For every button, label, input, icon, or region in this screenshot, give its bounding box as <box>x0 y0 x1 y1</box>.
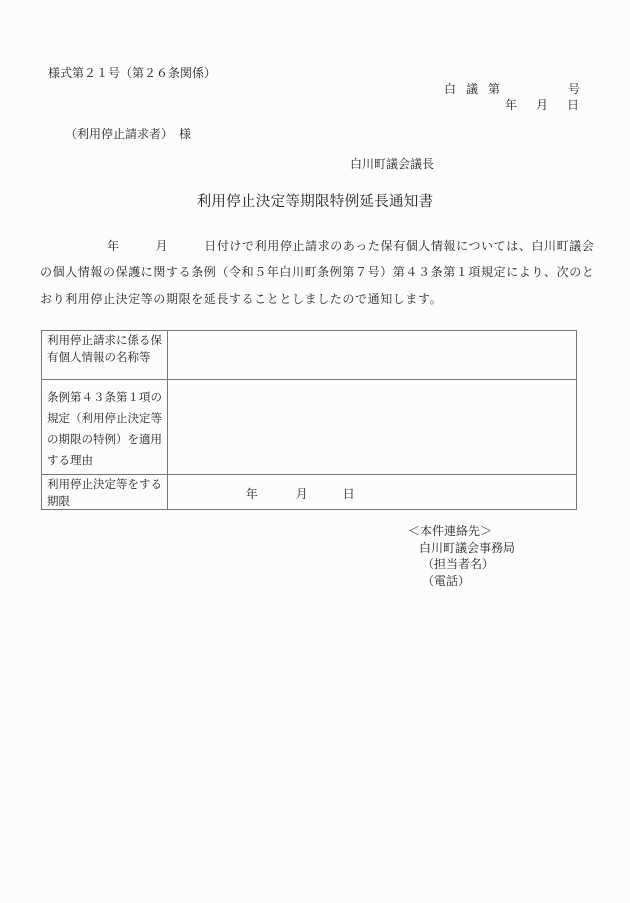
doc-number-suffix: 号 <box>568 80 580 97</box>
doc-number-char: 第 <box>488 80 568 97</box>
contact-block: ＜本件連絡先＞ 白川町議会事務局 （担当者名） （電話） <box>408 523 515 589</box>
contact-phone: （電話） <box>408 573 515 590</box>
issue-date-month: 月 <box>536 96 567 113</box>
body-month: 月 <box>156 239 169 253</box>
contact-heading: ＜本件連絡先＞ <box>408 523 515 540</box>
document-title: 利用停止決定等期限特例延長通知書 <box>0 190 630 211</box>
table-row: 利用停止決定等をする期限 年月日 <box>42 475 577 510</box>
contact-office: 白川町議会事務局 <box>408 540 515 557</box>
document-number: 白議第号 <box>444 80 580 97</box>
deadline-date: 年月日 <box>168 475 576 502</box>
contact-person: （担当者名） <box>408 556 515 573</box>
body-line-1-text: 日付けで利用停止請求のあった保有個人情報については、白川町議会 <box>204 239 594 253</box>
doc-number-char: 白 <box>444 80 466 97</box>
table-row: 利用停止請求に係る保有個人情報の名称等 <box>42 331 577 380</box>
row-label-deadline: 利用停止決定等をする期限 <box>42 475 168 510</box>
issue-date-day: 日 <box>567 96 579 113</box>
body-line-2: の個人情報の保護に関する条例（令和５年白川町条例第７号）第４３条第１項規定により… <box>40 263 594 280</box>
body-line-3: おり利用停止決定等の期限を延長することとしましたので通知します。 <box>40 290 442 307</box>
issue-date: 年月日 <box>505 96 579 113</box>
deadline-month: 月 <box>296 485 343 502</box>
row-value-info-name[interactable] <box>167 331 576 380</box>
deadline-year: 年 <box>246 485 296 502</box>
deadline-day: 日 <box>343 485 355 502</box>
body-line-1: 年月日付けで利用停止請求のあった保有個人情報については、白川町議会 <box>107 237 594 254</box>
row-value-reason[interactable] <box>167 380 576 475</box>
info-table: 利用停止請求に係る保有個人情報の名称等 条例第４３条第１項の規定（利用停止決定等… <box>41 330 577 510</box>
addressee: （利用停止請求者） 様 <box>65 125 191 142</box>
row-label-info-name: 利用停止請求に係る保有個人情報の名称等 <box>42 331 168 380</box>
doc-number-char: 議 <box>466 80 488 97</box>
row-value-deadline[interactable]: 年月日 <box>167 475 576 510</box>
row-label-reason: 条例第４３条第１項の規定（利用停止決定等の期限の特例）を適用する理由 <box>42 380 168 475</box>
issue-date-year: 年 <box>505 96 536 113</box>
sender: 白川町議会議長 <box>350 155 434 172</box>
form-number: 様式第２１号（第２６条関係） <box>48 64 216 81</box>
table-row: 条例第４３条第１項の規定（利用停止決定等の期限の特例）を適用する理由 <box>42 380 577 475</box>
body-year: 年 <box>107 239 120 253</box>
